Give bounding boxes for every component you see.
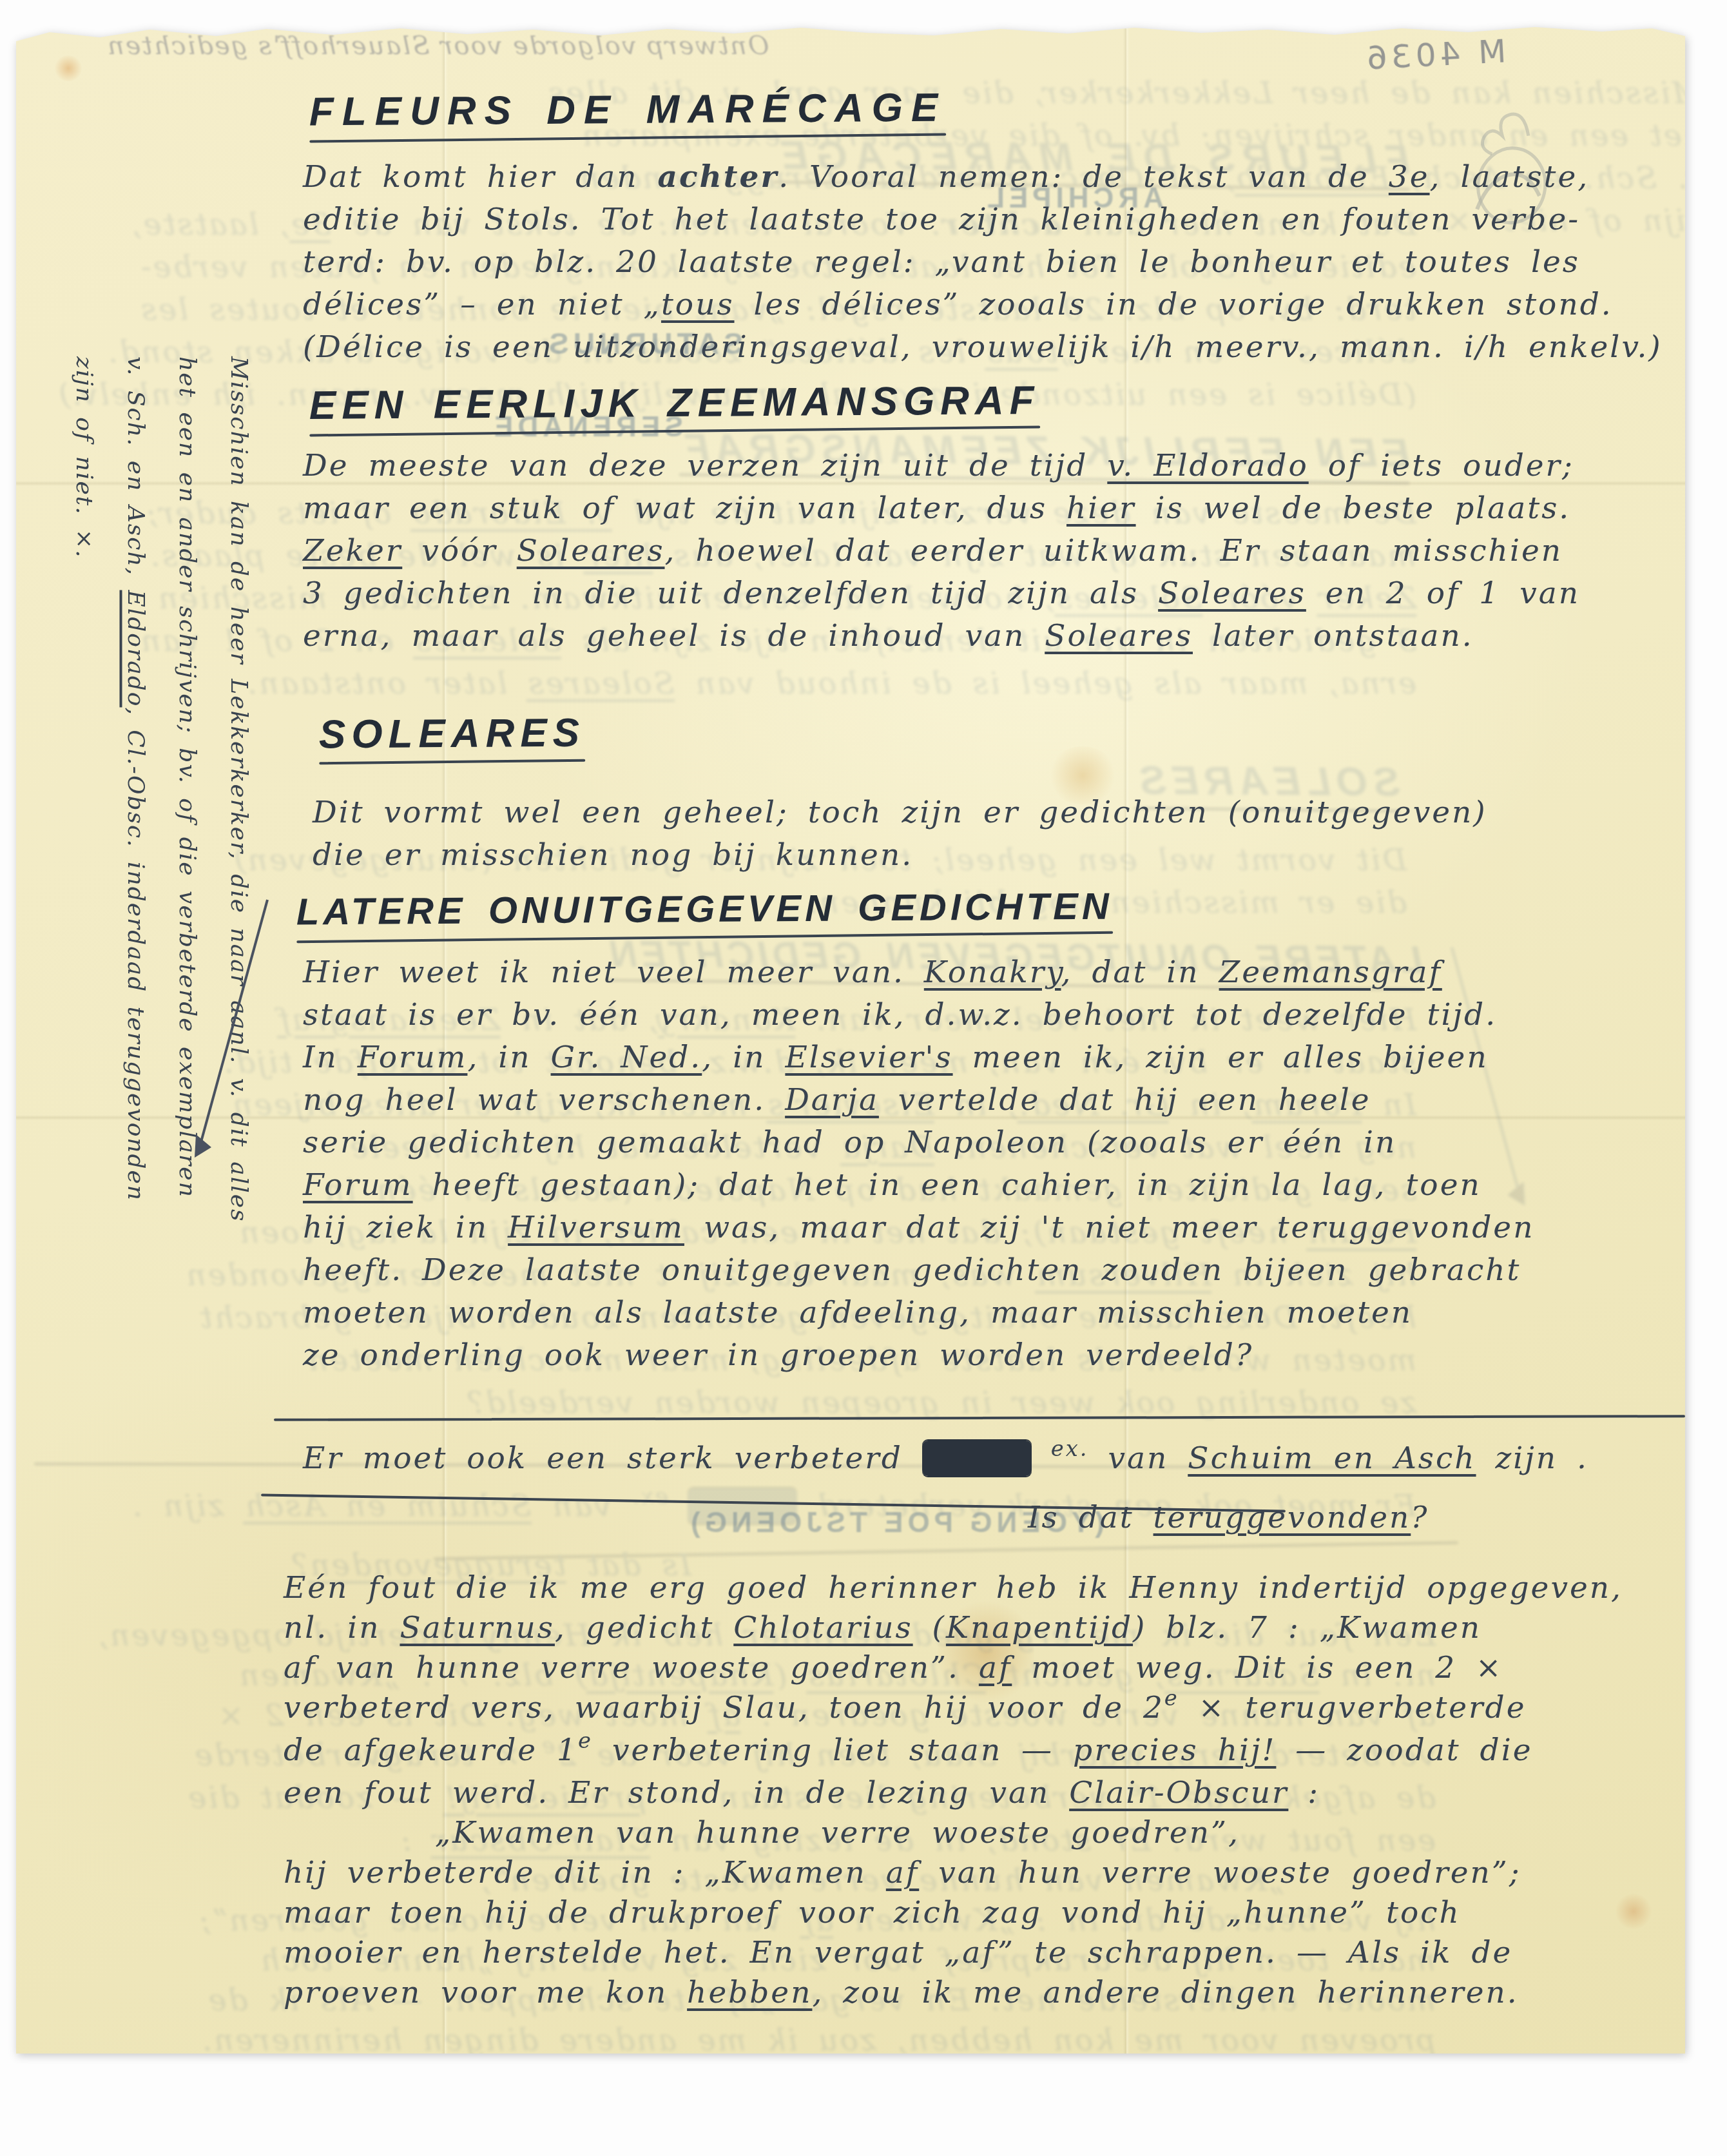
handwritten-line: In Forum, in Gr. Ned., in Elsevier's mee…	[303, 1036, 1534, 1079]
paragraph-een-fout: Eén fout die ik me erg goed herinner heb…	[284, 1568, 1623, 2013]
handwritten-line: maar een stuk of wat zijn van later, dus…	[303, 487, 1580, 530]
manuscript-paper: Ontwerp volgorde voor Slauerhoff's gedic…	[16, 24, 1685, 2054]
handwritten-line: délices” – en niet „tous les délices” zo…	[303, 284, 1663, 326]
handwritten-content: FLEURS DE MARÉCAGE Dat komt hier dan ach…	[16, 24, 1685, 2054]
section-heading-een-eerlijk-zeemansgraf: EEN EERLIJK ZEEMANSGRAF	[309, 380, 1040, 435]
handwritten-line: een fout werd. Er stond, in de lezing va…	[284, 1773, 1623, 1813]
section-heading-latere-onuitgegeven-gedichten: LATERE ONUITGEGEVEN GEDICHTEN	[296, 886, 1113, 942]
handwritten-line: af van hunne verre woeste goedren”. af m…	[284, 1648, 1623, 1688]
handwritten-line: Zeker vóór Soleares, hoewel dat eerder u…	[303, 530, 1580, 572]
handwritten-line: hij verbeterde dit in : „Kwamen af van h…	[284, 1853, 1623, 1893]
handwritten-line: zijn of niet. ×.	[58, 356, 110, 1549]
handwritten-line: ze onderling ook weer in groepen worden …	[303, 1334, 1534, 1377]
paragraph-fleurs-de-marecage: Dat komt hier dan achter. Vooral nemen: …	[303, 156, 1663, 369]
handwritten-line: verbeterd vers, waarbij Slau, toen hij v…	[284, 1688, 1623, 1731]
handwritten-line: editie bij Stols. Tot het laatste toe zi…	[303, 199, 1663, 241]
margin-arrow	[180, 895, 277, 1172]
ink-divider	[274, 1415, 1685, 1421]
note-schuim-en-asch: Er moet ook een sterk verbeterd ——— ex. …	[303, 1437, 1588, 1482]
handwritten-line: mooier en herstelde het. En vergat „af” …	[284, 1933, 1623, 1973]
handwritten-line: moeten worden als laatste afdeeling, maa…	[303, 1292, 1534, 1334]
paragraph-latere-onuitgegeven-gedichten: Hier weet ik niet veel meer van. Konakry…	[303, 951, 1534, 1377]
handwritten-line: Is dat teruggevonden?	[1028, 1497, 1429, 1539]
handwritten-line: (Délice is een uitzonderingsgeval, vrouw…	[303, 326, 1663, 369]
handwritten-line: proeven voor me kon hebben, zou ik me an…	[284, 1973, 1623, 2013]
handwritten-line: terd: bv. op blz. 20 laatste regel: „van…	[303, 241, 1663, 284]
handwritten-line: 3 gedichten in die uit denzelfden tijd z…	[303, 572, 1580, 615]
handwritten-line: v. Sch. en Asch, Eldorado, Cl.-Obsc. ind…	[110, 356, 161, 1549]
handwritten-line: die er misschien nog bij kunnen.	[313, 834, 1487, 877]
handwritten-line: Dat komt hier dan achter. Vooral nemen: …	[303, 156, 1663, 199]
handwritten-line: „Kwamen van hunne verre woeste goedren”,	[284, 1813, 1623, 1853]
section-heading-soleares: SOLEARES	[319, 712, 586, 764]
handwritten-line: De meeste van deze verzen zijn uit de ti…	[303, 445, 1580, 487]
handwritten-line: Eén fout die ik me erg goed herinner heb…	[284, 1568, 1623, 1608]
handwritten-line: Er moet ook een sterk verbeterd ——— ex. …	[303, 1437, 1588, 1482]
handwritten-line: Hier weet ik niet veel meer van. Konakry…	[303, 951, 1534, 994]
handwritten-line: staat is er bv. één van, meen ik, d.w.z.…	[303, 994, 1534, 1036]
section-heading-fleurs-de-marecage: FLEURS DE MARÉCAGE	[309, 87, 947, 142]
scan-background: Ontwerp volgorde voor Slauerhoff's gedic…	[0, 0, 1727, 2156]
handwritten-line: nog heel wat verschenen. Darja vertelde …	[303, 1079, 1534, 1122]
handwritten-line: nl. in Saturnus, gedicht Chlotarius (Kna…	[284, 1608, 1623, 1648]
handwritten-line: maar toen hij de drukproef voor zich zag…	[284, 1893, 1623, 1933]
handwritten-line: Dit vormt wel een geheel; toch zijn er g…	[313, 792, 1487, 834]
handwritten-line: erna, maar als geheel is de inhoud van S…	[303, 615, 1580, 657]
handwritten-line: hij ziek in Hilversum was, maar dat zij …	[303, 1207, 1534, 1249]
handwritten-line: Forum heeft gestaan); dat het in een cah…	[303, 1164, 1534, 1207]
handwritten-line: serie gedichten gemaakt had op Napoleon …	[303, 1122, 1534, 1164]
handwritten-line: heeft. Deze laatste onuitgegeven gedicht…	[303, 1249, 1534, 1292]
note-teruggevonden-question: Is dat teruggevonden?	[1028, 1497, 1429, 1539]
handwritten-line: de afgekeurde 1e verbetering liet staan …	[284, 1731, 1623, 1773]
paragraph-soleares: Dit vormt wel een geheel; toch zijn er g…	[313, 792, 1487, 877]
paragraph-een-eerlijk-zeemansgraf: De meeste van deze verzen zijn uit de ti…	[303, 445, 1580, 657]
